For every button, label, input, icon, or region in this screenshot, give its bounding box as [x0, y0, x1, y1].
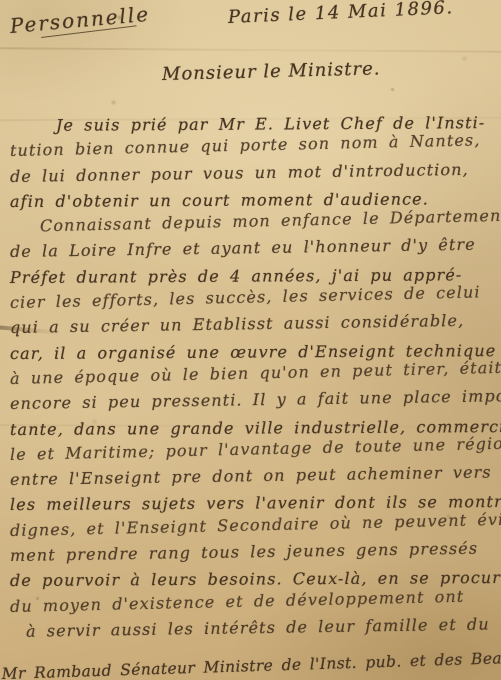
letter-body: Je suis prié par Mr E. Livet Chef de l'I… [10, 113, 498, 644]
letter-label: Personnelle [9, 2, 151, 38]
addressee-annotation: Mr Rambaud Sénateur Ministre de l'Inst. … [1, 649, 501, 680]
letter-dateline: Paris le 14 Mai 1896. [228, 0, 454, 28]
letter-salutation: Monsieur le Ministre. [162, 58, 381, 85]
foxing-spots [0, 0, 3, 3]
fold-crease [0, 47, 501, 52]
letter-page: Personnelle Paris le 14 Mai 1896. Monsie… [0, 0, 501, 680]
